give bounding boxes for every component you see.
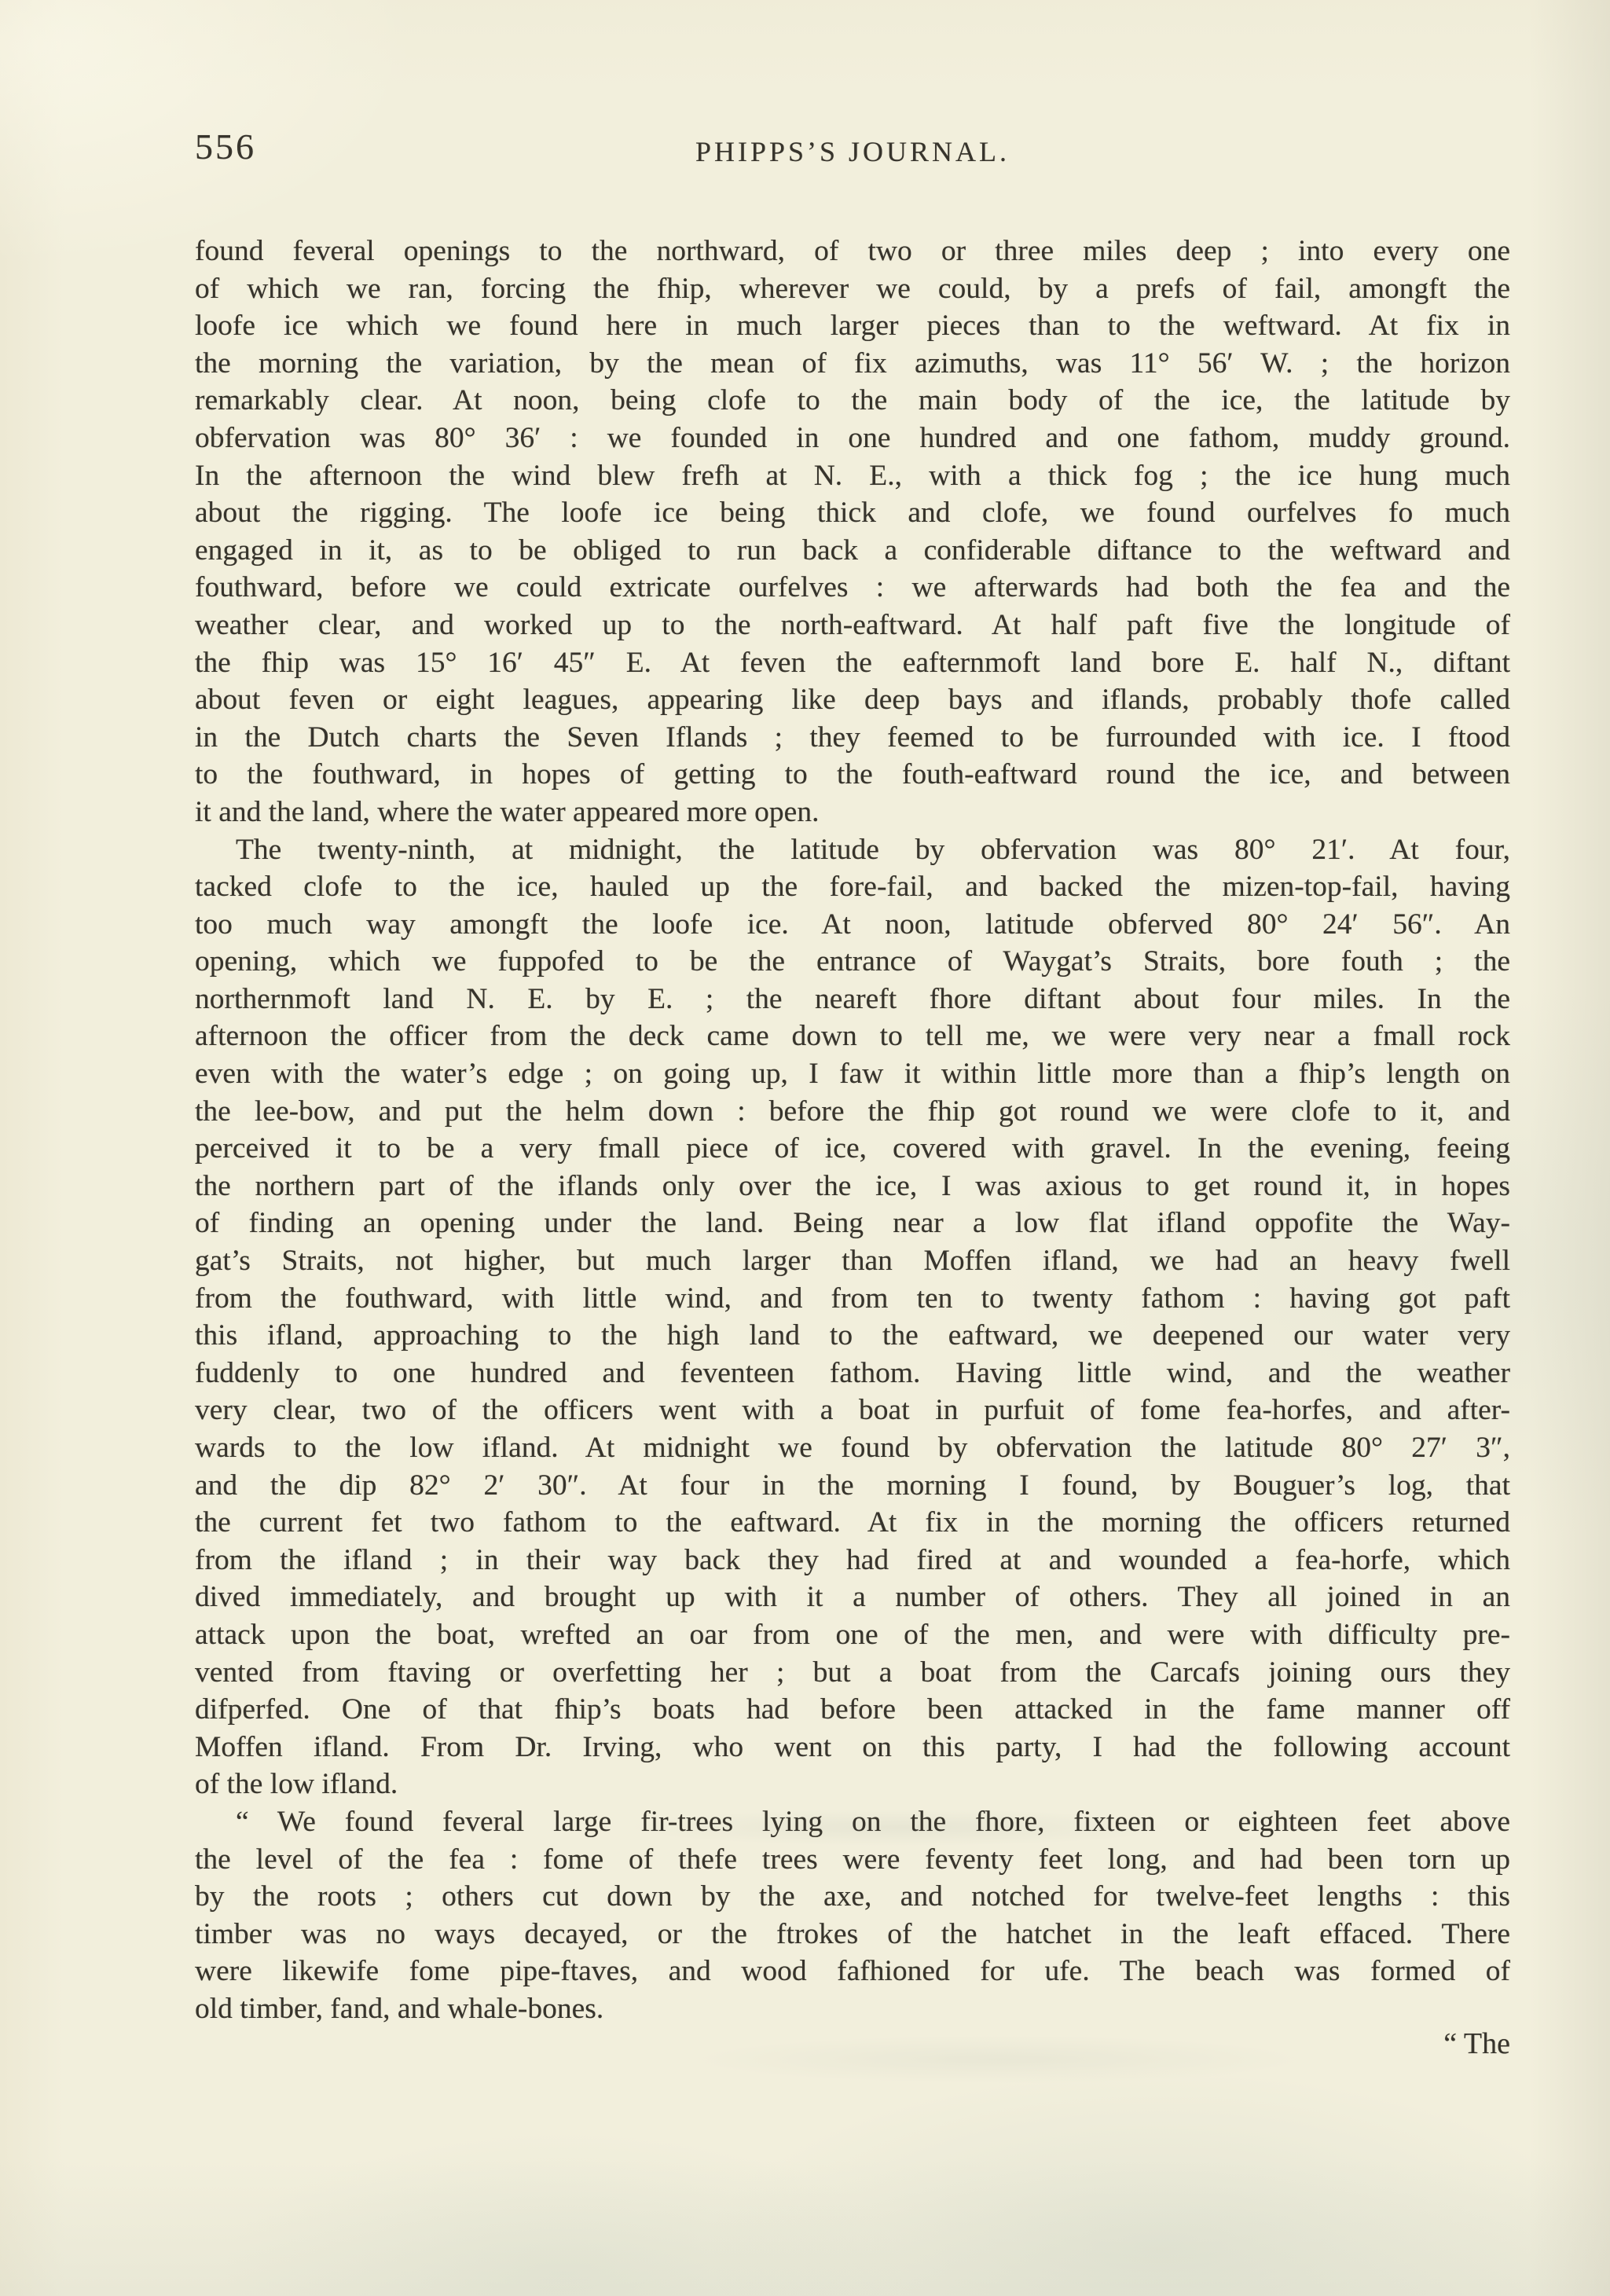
- text-line: by the roots ; others cut down by the ax…: [195, 1878, 1510, 1916]
- text-line: opening, which we fuppofed to be the ent…: [195, 943, 1510, 981]
- text-line: the morning the variation, by the mean o…: [195, 345, 1510, 383]
- text-line: vented from ftaving or overfetting her ;…: [195, 1654, 1510, 1692]
- text-line: difperfed. One of that fhip’s boats had …: [195, 1691, 1510, 1729]
- text-line: of the low ifland.: [195, 1766, 1510, 1803]
- text-line: in the Dutch charts the Seven Iflands ; …: [195, 719, 1510, 757]
- text-line: obfervation was 80° 36′ : we founded in …: [195, 420, 1510, 457]
- text-line: The twenty-ninth, at midnight, the latit…: [195, 831, 1510, 869]
- text-line: the current fet two fathom to the eaftwa…: [195, 1504, 1510, 1542]
- text-line: the lee-bow, and put the helm down : bef…: [195, 1093, 1510, 1131]
- running-title: PHIPPS’S JOURNAL.: [195, 135, 1510, 168]
- text-line: In the afternoon the wind blew frefh at …: [195, 457, 1510, 495]
- text-line: northernmoft land N. E. by E. ; the near…: [195, 981, 1510, 1018]
- text-line: fouthward, before we could extricate our…: [195, 569, 1510, 607]
- text-line: gat’s Straits, not higher, but much larg…: [195, 1242, 1510, 1280]
- text-line: the fhip was 15° 16′ 45″ E. At feven the…: [195, 644, 1510, 682]
- text-line: and the dip 82° 2′ 30″. At four in the m…: [195, 1467, 1510, 1505]
- text-line: too much way amongft the loofe ice. At n…: [195, 906, 1510, 944]
- text-line: found feveral openings to the northward,…: [195, 233, 1510, 270]
- text-line: engaged in it, as to be obliged to run b…: [195, 532, 1510, 570]
- text-line: remarkably clear. At noon, being clofe t…: [195, 382, 1510, 420]
- text-line: of finding an opening under the land. Be…: [195, 1205, 1510, 1242]
- text-line: loofe ice which we found here in much la…: [195, 307, 1510, 345]
- text-line: about feven or eight leagues, appearing …: [195, 681, 1510, 719]
- book-page: 556 PHIPPS’S JOURNAL. found feveral open…: [0, 0, 1610, 2296]
- text-line: it and the land, where the water appeare…: [195, 794, 1510, 831]
- text-line: very clear, two of the officers went wit…: [195, 1392, 1510, 1429]
- text-line: this ifland, approaching to the high lan…: [195, 1317, 1510, 1355]
- text-line: old timber, fand, and whale-bones.: [195, 1990, 1510, 2028]
- text-line: dived immediately, and brought up with i…: [195, 1579, 1510, 1616]
- text-line: to the fouthward, in hopes of getting to…: [195, 756, 1510, 794]
- body-text: found feveral openings to the northward,…: [195, 233, 1510, 2028]
- text-line: were likewife fome pipe-ftaves, and wood…: [195, 1953, 1510, 1990]
- text-line: “ We found feveral large fir-trees lying…: [195, 1803, 1510, 1841]
- text-line: weather clear, and worked up to the nort…: [195, 607, 1510, 644]
- text-line: afternoon the officer from the deck came…: [195, 1018, 1510, 1055]
- text-line: from the fouthward, with little wind, an…: [195, 1280, 1510, 1318]
- text-line: fuddenly to one hundred and feventeen fa…: [195, 1355, 1510, 1392]
- text-line: attack upon the boat, wrefted an oar fro…: [195, 1616, 1510, 1654]
- text-line: wards to the low ifland. At midnight we …: [195, 1429, 1510, 1467]
- text-line: tacked clofe to the ice, hauled up the f…: [195, 868, 1510, 906]
- text-line: of which we ran, forcing the fhip, where…: [195, 270, 1510, 308]
- text-line: perceived it to be a very fmall piece of…: [195, 1130, 1510, 1168]
- text-line: about the rigging. The loofe ice being t…: [195, 494, 1510, 532]
- text-line: even with the water’s edge ; on going up…: [195, 1055, 1510, 1093]
- text-line: the northern part of the iflands only ov…: [195, 1168, 1510, 1205]
- catchword: “ The: [195, 2026, 1510, 2063]
- text-line: Moffen ifland. From Dr. Irving, who went…: [195, 1729, 1510, 1766]
- text-line: the level of the fea : fome of thefe tre…: [195, 1841, 1510, 1879]
- text-line: timber was no ways decayed, or the ftrok…: [195, 1916, 1510, 1953]
- text-line: from the ifland ; in their way back they…: [195, 1542, 1510, 1579]
